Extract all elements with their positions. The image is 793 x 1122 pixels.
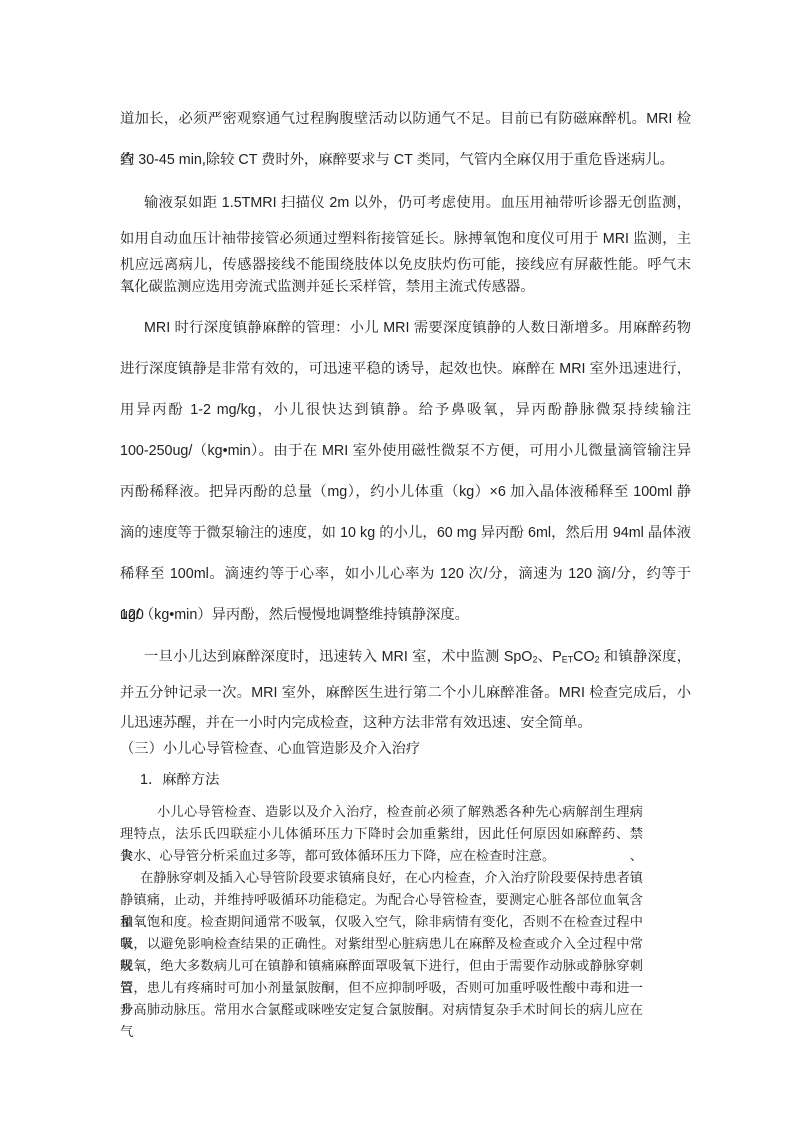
text-line: 稀释至 100ml。滴速约等于心率，如小儿心率为 120 次/分，滴速为 120… [120,554,691,595]
text-line: 氧化碳监测应选用旁流式监测并延长采样管，禁用主流式传感器。 [120,276,691,298]
text-line: 约 30-45 min,除较 CT 费时外，麻醉要求与 CT 类同，气管内全麻仅… [120,140,691,181]
text-line: 吸氧，绝大多数病儿可在镇静和镇痛麻醉面罩吸氧下进行，但由于需要作动脉或静脉穿刺置 [120,955,643,977]
subscript-text: 2 [595,655,600,665]
text-line: 在静脉穿刺及插入心导管阶段要求镇痛良好，在心内检查，介入治疗阶段要保持患者镇 [120,867,643,889]
document-body: 道加长，必须严密观察通气过程胸腹壁活动以防通气不足。目前已有防磁麻醉机。MRI … [120,99,720,1021]
text-line: 并五分钟记录一次。MRI 室外，麻醉医生进行第二个小儿麻醉准备。MRI 检查完成… [120,678,691,708]
text-line: （三）小儿心导管检查、心血管造影及介入治疗 [120,738,691,760]
subscript-text: 2 [532,655,537,665]
text-line: 静镇痛，止动，并维持呼吸循环功能稳定。为配合心导管检查，要测定心脏各部位血氧含量 [120,889,643,911]
page: 道加长，必须严密观察通气过程胸腹壁活动以防通气不足。目前已有防磁麻醉机。MRI … [0,0,793,1122]
text-line: 升高肺动脉压。常用水合氯醛或咪唑安定复合氯胺酮。对病情复杂手术时间长的病儿应在气 [120,999,643,1021]
text-line: 输液泵如距 1.5TMRI 扫描仪 2m 以外，仍可考虑使用。血压用袖带听诊器无… [120,183,691,224]
text-line: 理特点，法乐氏四联症小儿体循环压力下降时会加重紫绀，因此任何原因如麻醉药、禁食、 [120,823,643,845]
text-line: ug/（kg•min）异丙酚，然后慢慢地调整维持镇静深度。 [120,595,691,636]
text-line: 管，患儿有疼痛时可加小剂量氯胺酮，但不应抑制呼吸，否则可加重呼吸性酸中毒和进一步 [120,977,643,999]
text-line: 丙酚稀释液。把异丙酚的总量（mg），约小儿体重（kg）×6 加入晶体液稀释至 1… [120,472,691,513]
text-line: MRI 时行深度镇静麻醉的管理：小儿 MRI 需要深度镇静的人数日渐增多。用麻醉… [120,308,691,349]
text-line: 100-250ug/（kg•min）。由于在 MRI 室外使用磁性微泵不方便，可… [120,431,691,472]
text-line: 用异丙酚 1-2 mg/kg，小儿很快达到镇静。给予鼻吸氧，异丙酚静脉微泵持续输… [120,390,691,431]
text-line: 小儿心导管检查、造影以及介入治疗，检查前必须了解熟悉各种先心病解剖生理病 [120,801,643,823]
text-line: 道加长，必须严密观察通气过程胸腹壁活动以防通气不足。目前已有防磁麻醉机。MRI … [120,99,691,140]
text-line: 和氧饱和度。检查期间通常不吸氧，仅吸入空气，除非病情有变化，否则不在检查过程中吸 [120,911,643,933]
text-line: 滴的速度等于微泵输注的速度，如 10 kg 的小儿，60 mg 异丙酚 6ml，… [120,513,691,554]
text-line: 儿迅速苏醒，并在一小时内完成检查，这种方法非常有效迅速、安全简单。 [120,708,691,738]
text-line: 氧，以避免影响检查结果的正确性。对紫绀型心脏病患儿在麻醉及检查或介入全过程中常规 [120,933,643,955]
text-line: 1．麻醉方法 [120,760,691,801]
text-line: 进行深度镇静是非常有效的，可迅速平稳的诱导，起效也快。麻醉在 MRI 室外迅速进… [120,349,691,390]
text-line: 如用自动血压计袖带接管必须通过塑料衔接管延长。脉搏氧饱和度仪可用于 MRI 监测… [120,224,691,254]
text-line: 一旦小儿达到麻醉深度时，迅速转入 MRI 室，术中监测 SpO2、PETCO2 … [120,637,691,678]
subscript-text: ET [562,655,573,665]
text-line: 机应远离病儿，传感器接线不能围绕肢体以免皮肤灼伤可能，接线应有屏蔽性能。呼气末二 [120,254,691,276]
